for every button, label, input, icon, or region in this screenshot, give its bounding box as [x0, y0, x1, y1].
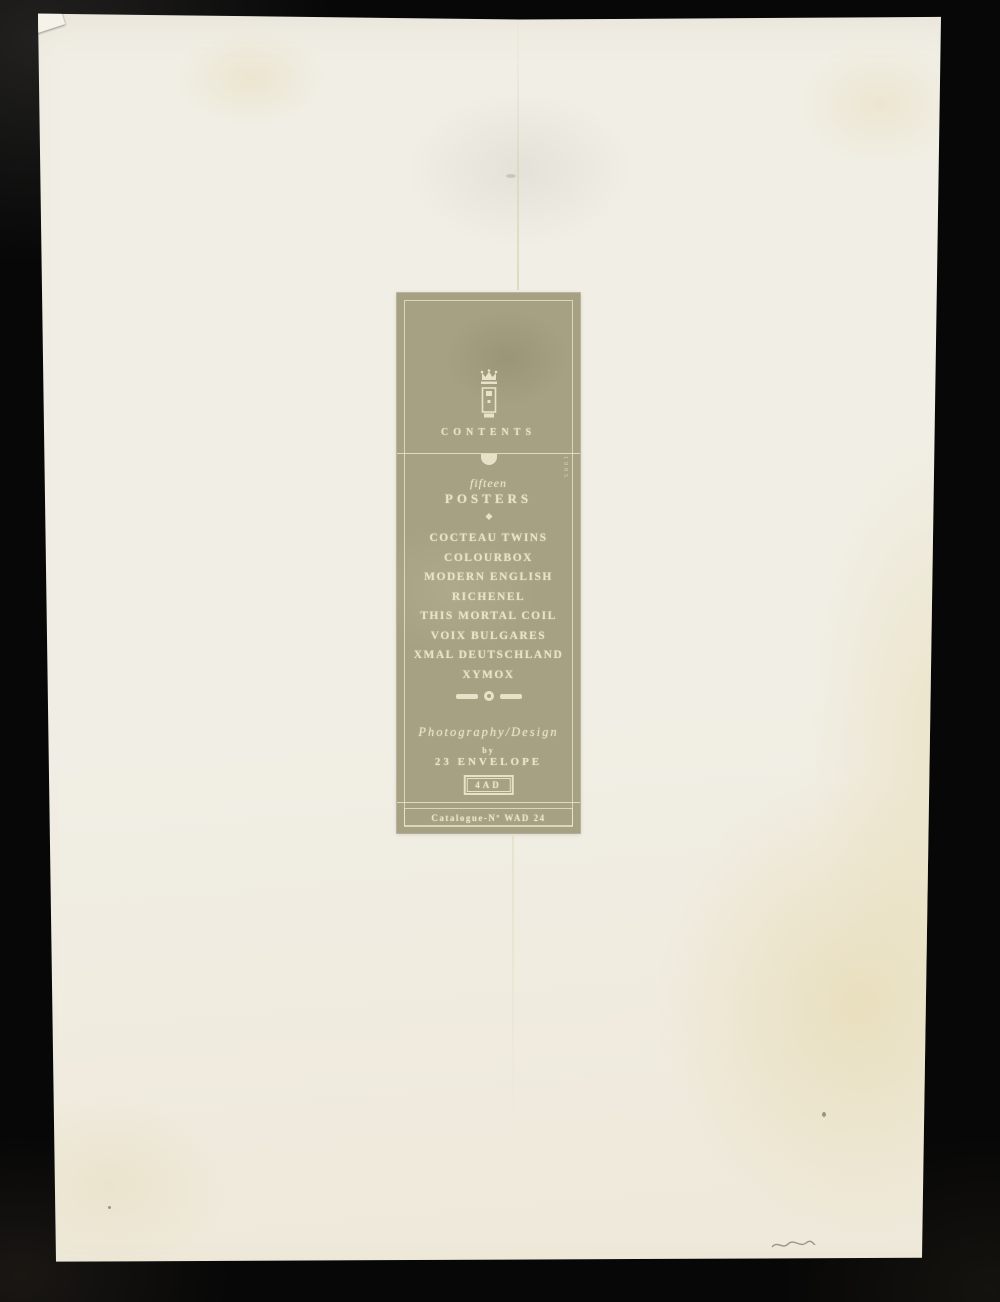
board-smudge: [506, 174, 516, 178]
corner-flap: [25, 0, 65, 35]
credit-line-2: by: [397, 746, 580, 755]
ornament-ring: [484, 691, 494, 701]
artist-name: RICHENEL: [397, 588, 580, 608]
catalogue-number: Catalogue-Nº WAD 24: [404, 808, 573, 827]
4ad-logo: 4AD: [463, 775, 514, 795]
vertical-crease: [517, 18, 519, 290]
artist-name: MODERN ENGLISH: [397, 568, 580, 588]
catalogue-separator-rule: [397, 802, 580, 803]
artist-name: COLOURBOX: [397, 549, 580, 569]
crest-icon: [473, 367, 505, 425]
photo-background: CONTENTS 1985 fifteen POSTERS COCTEAU TW…: [0, 0, 1000, 1302]
credit-line-3: 23 ENVELOPE: [397, 756, 580, 768]
artist-name: THIS MORTAL COIL: [397, 607, 580, 627]
board-speck: [108, 1206, 111, 1209]
4ad-logo-text: 4AD: [466, 778, 511, 792]
artist-name: XMAL DEUTSCHLAND: [397, 646, 580, 666]
artist-name: COCTEAU TWINS: [397, 529, 580, 549]
ornament-bar: [456, 694, 478, 699]
artist-name: XYMOX: [397, 666, 580, 686]
vertical-crease-lower: [512, 836, 514, 1136]
count-word: fifteen: [397, 476, 580, 491]
board-speck: [822, 1112, 826, 1117]
label-header: CONTENTS: [397, 427, 580, 438]
dash-circle-dash-ornament-icon: [397, 691, 580, 701]
artist-name: VOIX BULGARES: [397, 627, 580, 647]
portfolio-back-board: CONTENTS 1985 fifteen POSTERS COCTEAU TW…: [0, 0, 1000, 1302]
contents-label: CONTENTS 1985 fifteen POSTERS COCTEAU TW…: [397, 293, 580, 833]
label-title: POSTERS: [397, 491, 580, 507]
ornament-bar: [500, 694, 522, 699]
credit-line-1: Photography/Design: [397, 725, 580, 740]
artist-list: COCTEAU TWINSCOLOURBOXMODERN ENGLISHRICH…: [397, 529, 580, 685]
pencil-scribble: [770, 1236, 816, 1252]
